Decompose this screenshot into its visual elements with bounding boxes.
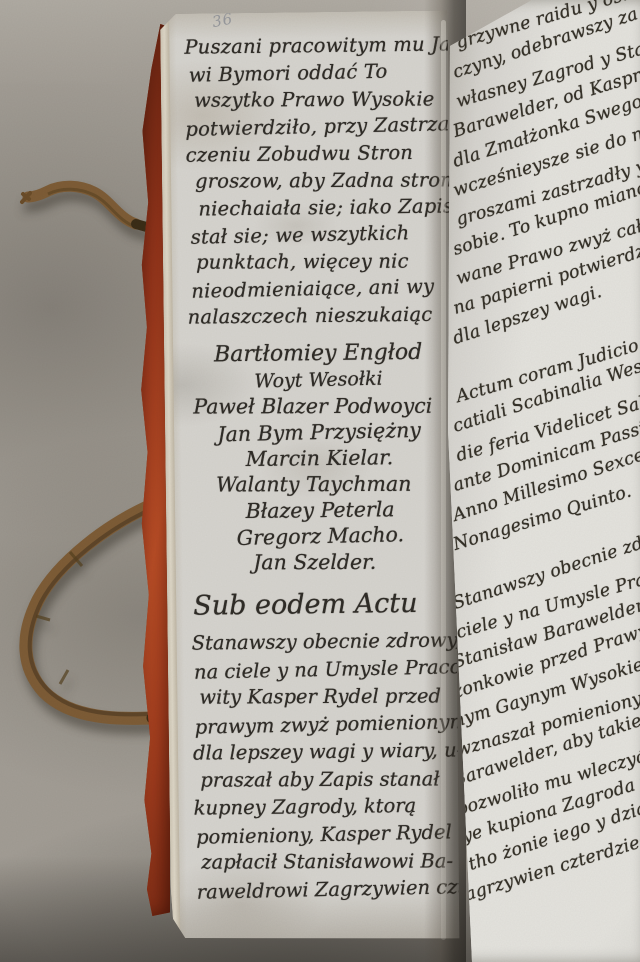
manuscript-line: praszał aby Zapis stanał — [200, 765, 453, 794]
signature-line: Jan Szelder. — [185, 549, 445, 576]
section-heading-sub-eodem-actu: Sub eodem Actu — [193, 587, 451, 621]
manuscript-line: na ciele y na Umysle Praco — [194, 653, 453, 686]
left-page: 36 Puszani pracowitym mu Janowi Bymori o… — [160, 10, 461, 941]
signature-line: Gregorz Macho. — [190, 520, 451, 552]
manuscript-line: Puszani pracowitym mu Jano — [184, 31, 444, 61]
manuscript-line: kupney Zagrody, ktorą — [194, 791, 454, 822]
manuscript-line: stał sie; we wszytkich — [190, 218, 447, 250]
manuscript-line: Stanawszy obecnie zdrowy, — [192, 626, 452, 657]
signature-line: Woyt Wesołki — [188, 364, 449, 396]
manuscript-line: dla lepszey wagi y wiary, u- — [193, 736, 453, 767]
gutter-fold-highlight — [441, 20, 446, 940]
signature-block: Bartłomiey EngłodWoyt WesołkiPaweł Blaze… — [188, 340, 451, 577]
manuscript-line: nalaszczech nieszukaiąc — [188, 301, 448, 331]
manuscript-line: wi Bymori oddać To — [188, 56, 445, 88]
manuscript-line: wity Kasper Rydel przed — [199, 682, 452, 711]
manuscript-line: groszow, aby Zadna strona — [195, 166, 446, 194]
manuscript-line: czeniu Zobudwu Stron — [186, 139, 446, 169]
manuscript-line: zapłacił Stanisławowi Ba- — [201, 847, 454, 876]
photo-scene: 36 Puszani pracowitym mu Janowi Bymori o… — [0, 0, 640, 962]
manuscript-line: raweldrowi Zagrzywien czter — [196, 873, 455, 906]
signature-line: Paweł Blazer Podwoyci — [183, 393, 443, 420]
paragraph-1: Puszani pracowitym mu Janowi Bymori odda… — [184, 31, 448, 331]
manuscript-line: wszytko Prawo Wysokie — [194, 85, 445, 113]
manuscript-line: punktach, więcey nic — [196, 247, 447, 275]
right-page-text: dzieci grogrzywne raidu y osmieczyny, od… — [456, 4, 640, 919]
signature-line: Marcin Kielar. — [189, 443, 449, 472]
manuscript-line: prawym zwyż pomienionym — [194, 708, 453, 741]
left-page-text: Puszani pracowitym mu Janowi Bymori odda… — [184, 31, 455, 905]
manuscript-line: pomieniony, Kasper Rydel — [196, 818, 455, 851]
manuscript-line: nieodmieniaiące, ani wy — [191, 272, 448, 304]
signature-line: Walanty Taychman — [184, 471, 444, 498]
paragraph-2: Stanawszy obecnie zdrowy,na ciele y na U… — [192, 626, 455, 904]
manuscript-line: niechaiała sie; iako Zapis — [198, 193, 446, 223]
manuscript-line: potwierdziło, przy Zastrzad — [185, 110, 446, 142]
